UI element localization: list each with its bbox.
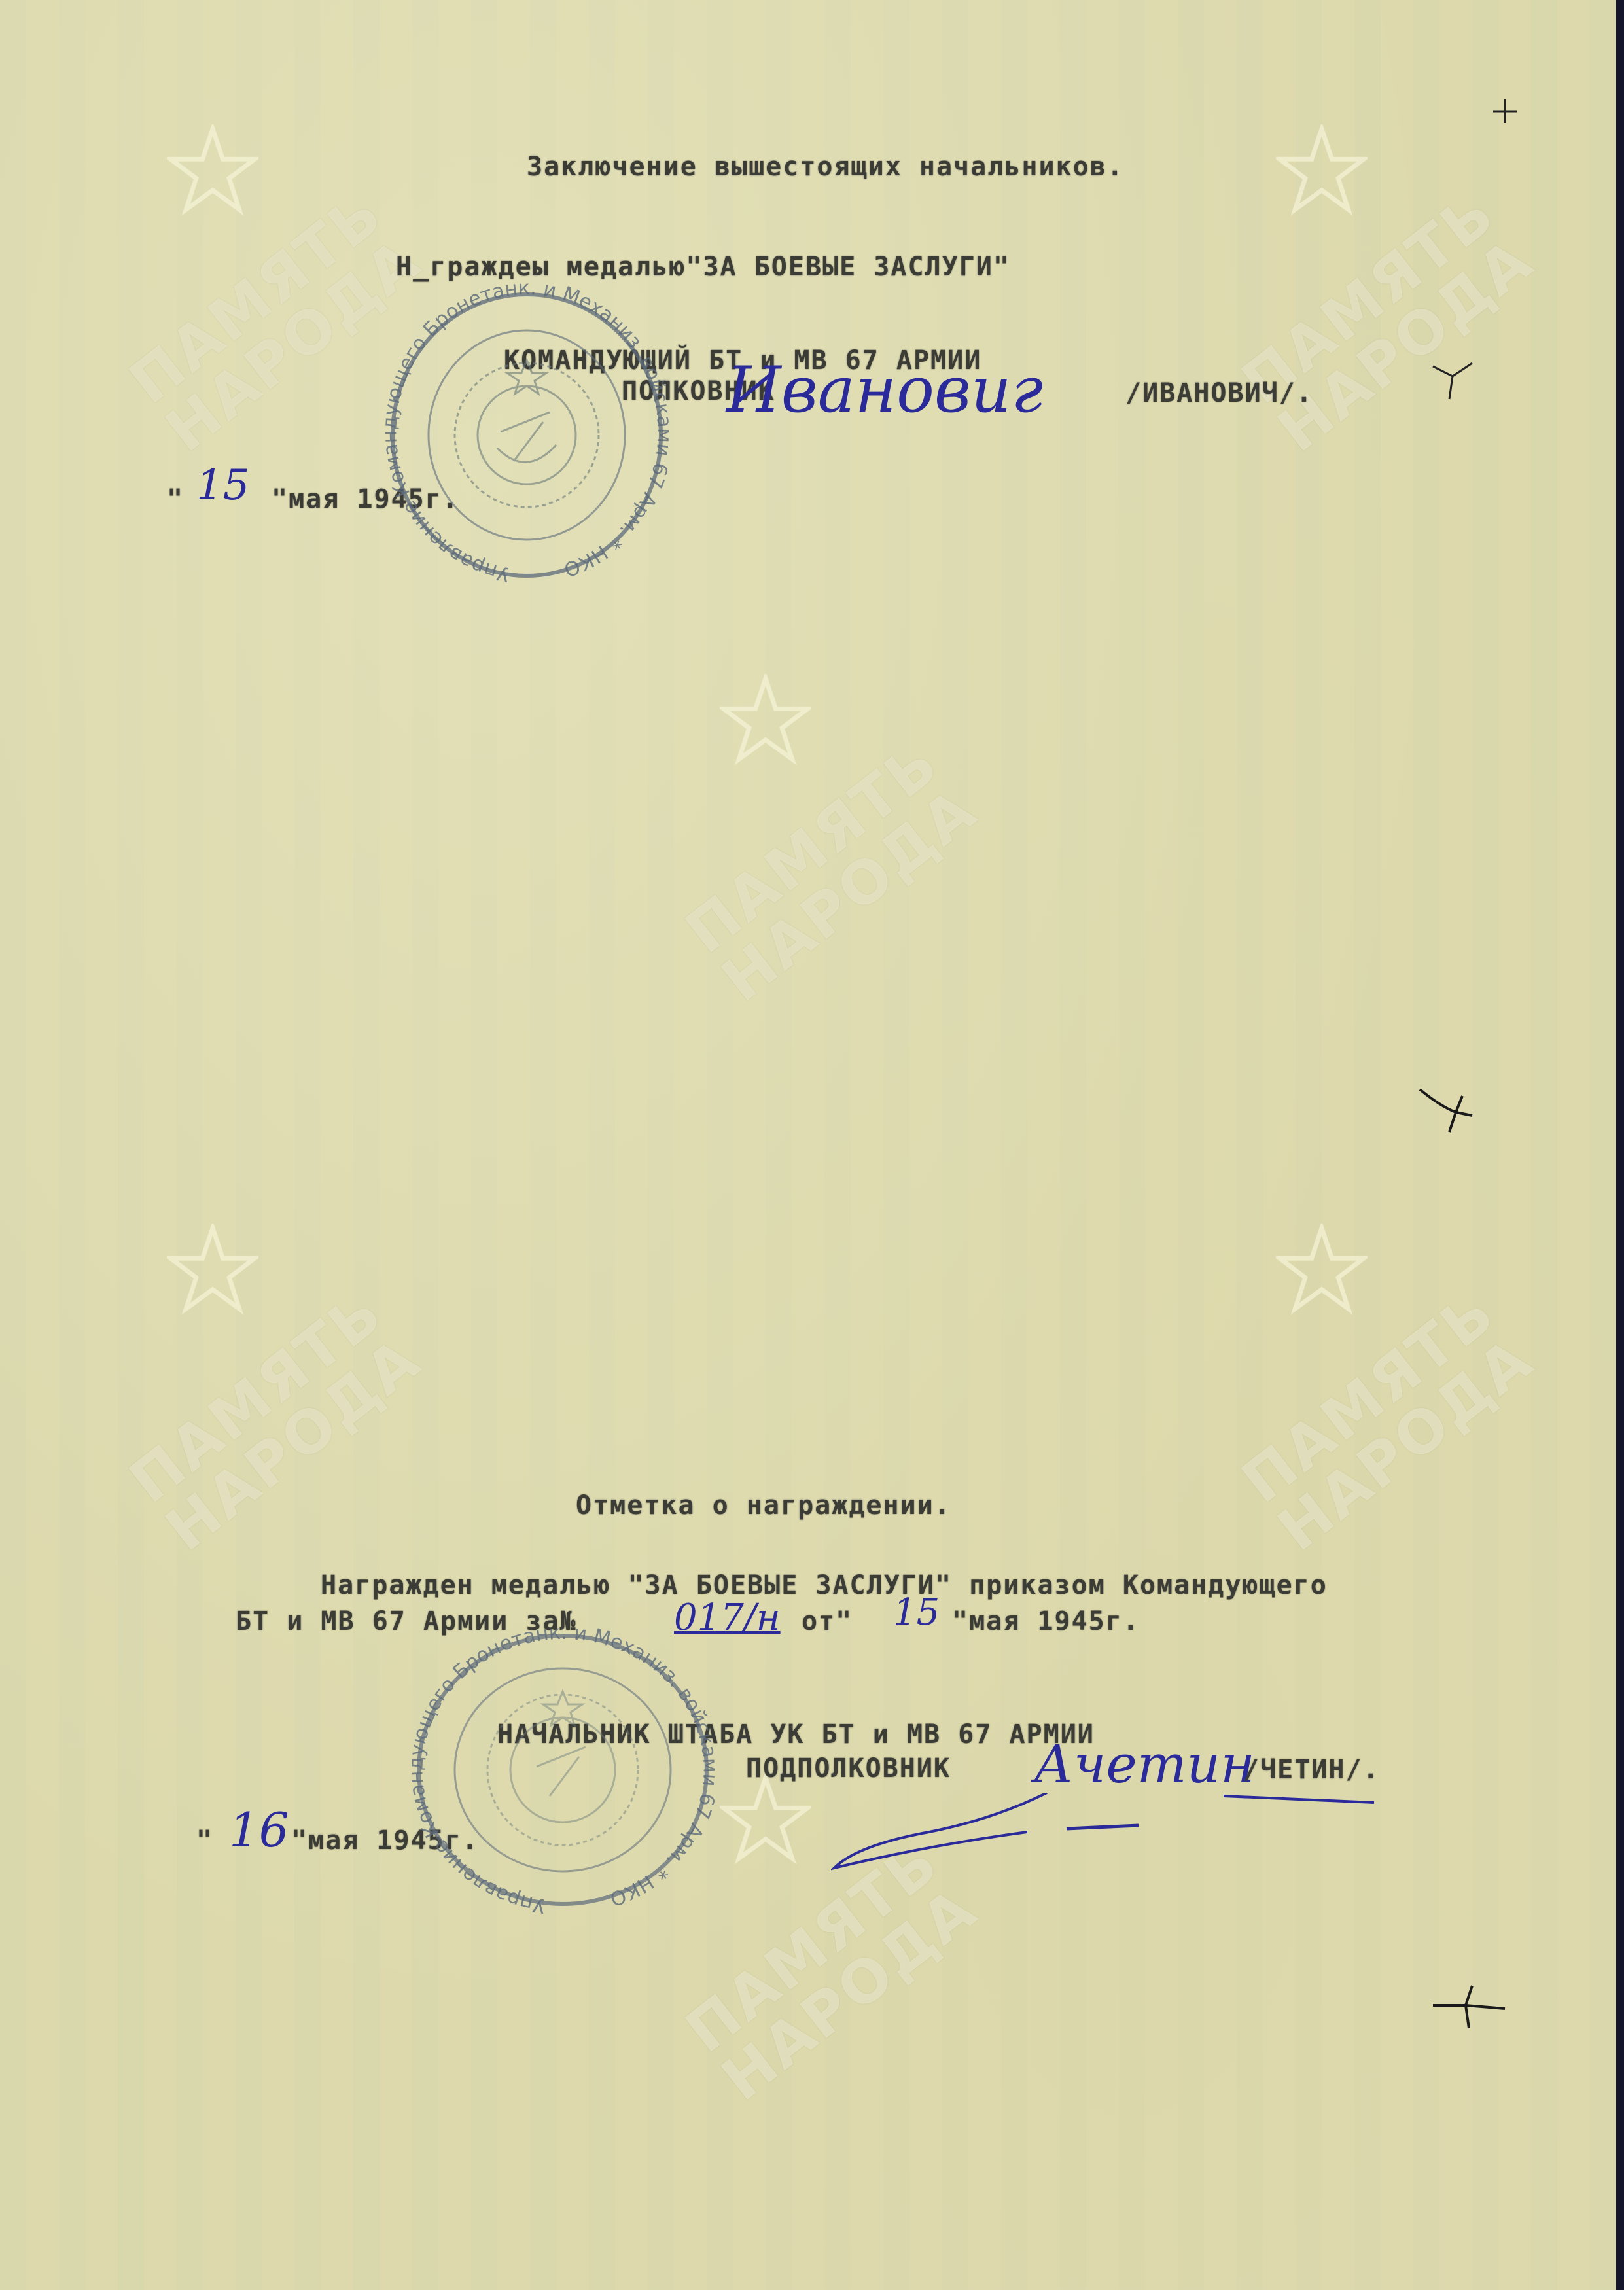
handwritten-day: 15	[196, 461, 249, 510]
signer-name: /ЧЕТИН/.	[1243, 1755, 1380, 1785]
coat-of-arms-icon	[455, 360, 599, 507]
star-watermark-icon	[1276, 124, 1368, 216]
handwritten-order-day: 15	[893, 1591, 940, 1634]
official-stamp: Управление Командующего Бронетанк. и Мех…	[383, 281, 671, 589]
star-watermark-icon	[720, 674, 811, 766]
section-heading: Отметка о награждении.	[576, 1490, 951, 1521]
star-watermark-icon	[167, 1224, 258, 1315]
paper-tear	[1426, 353, 1479, 406]
paper-tear	[1426, 1976, 1518, 2035]
award-decision: Н_граждеы медалью"ЗА БОЕВЫЕ ЗАСЛУГИ"	[396, 252, 1010, 282]
star-watermark-icon	[167, 124, 258, 216]
section-heading: Заключение вышестоящих начальников.	[527, 152, 1124, 182]
handwritten-signature: Ивановиг	[726, 353, 1043, 427]
official-stamp: Управление Командующего Бронетанк. и Мех…	[409, 1623, 716, 1917]
signer-name: /ИВАНОВИЧ/.	[1125, 378, 1313, 408]
paper-tear	[1413, 1080, 1518, 1145]
corner-mark	[1492, 98, 1518, 124]
scan-edge	[1616, 0, 1624, 2290]
star-watermark-icon	[1276, 1224, 1368, 1315]
signer-rank: ПОДПОЛКОВНИК	[746, 1753, 951, 1784]
award-text-line-1: Награжден медалью "ЗА БОЕВЫЕ ЗАСЛУГИ" пр…	[321, 1570, 1328, 1600]
coat-of-arms-icon	[487, 1691, 638, 1845]
handwritten-signature: Ачетин	[1034, 1734, 1255, 1795]
star-watermark-icon	[720, 1773, 811, 1865]
signature-flourish	[831, 1793, 1407, 1871]
handwritten-day: 16	[229, 1803, 289, 1858]
